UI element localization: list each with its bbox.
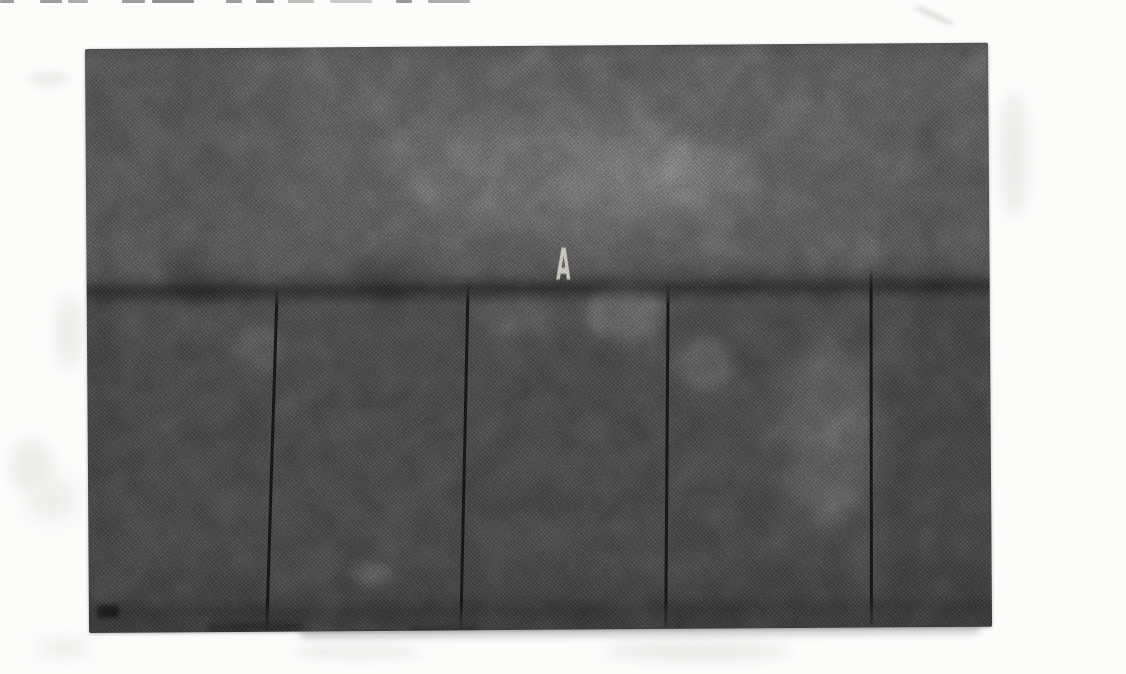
highlight-patch	[351, 562, 391, 584]
dark-floor-mark	[207, 622, 302, 632]
margin-smudge	[913, 3, 956, 28]
highlight-patch	[672, 339, 732, 389]
margin-smudge	[28, 72, 70, 86]
dark-floor-mark	[97, 605, 119, 618]
page: { "page": { "kind": "scanned book page w…	[0, 0, 1126, 674]
bright-mark: A	[556, 248, 571, 284]
panel-seam	[664, 284, 669, 628]
scan-edge-dash	[0, 0, 14, 3]
scan-edge-dash	[122, 0, 145, 3]
margin-smudge	[35, 640, 90, 656]
scan-edge-dash	[256, 0, 274, 3]
highlight-patch	[556, 139, 757, 220]
scan-edge-dash	[68, 0, 88, 3]
scan-edge-dash	[330, 0, 372, 3]
scan-edge-dash	[288, 0, 314, 3]
shade-patch	[85, 43, 286, 240]
highlight-patch	[477, 296, 547, 336]
shade-patch	[86, 199, 119, 579]
margin-smudge	[605, 643, 790, 660]
margin-smudge	[28, 478, 76, 520]
panel-seam	[459, 282, 469, 629]
shade-patch	[166, 248, 226, 308]
scan-edge-dash	[396, 0, 412, 3]
scan-edge-dash	[40, 0, 62, 3]
highlight-patch	[777, 343, 878, 524]
highlight-patch	[232, 328, 287, 373]
scan-edge-dash	[428, 0, 470, 3]
shade-patch	[877, 293, 992, 624]
scanned-page: A	[0, 0, 1126, 674]
shade-patch	[351, 242, 416, 307]
margin-smudge	[295, 646, 420, 659]
scan-edge-dash	[226, 0, 242, 3]
panel-seam	[870, 268, 873, 627]
margin-smudge	[56, 295, 82, 370]
photograph: A	[85, 43, 992, 633]
scan-edge-dash	[152, 0, 194, 3]
margin-smudge	[1000, 92, 1028, 217]
